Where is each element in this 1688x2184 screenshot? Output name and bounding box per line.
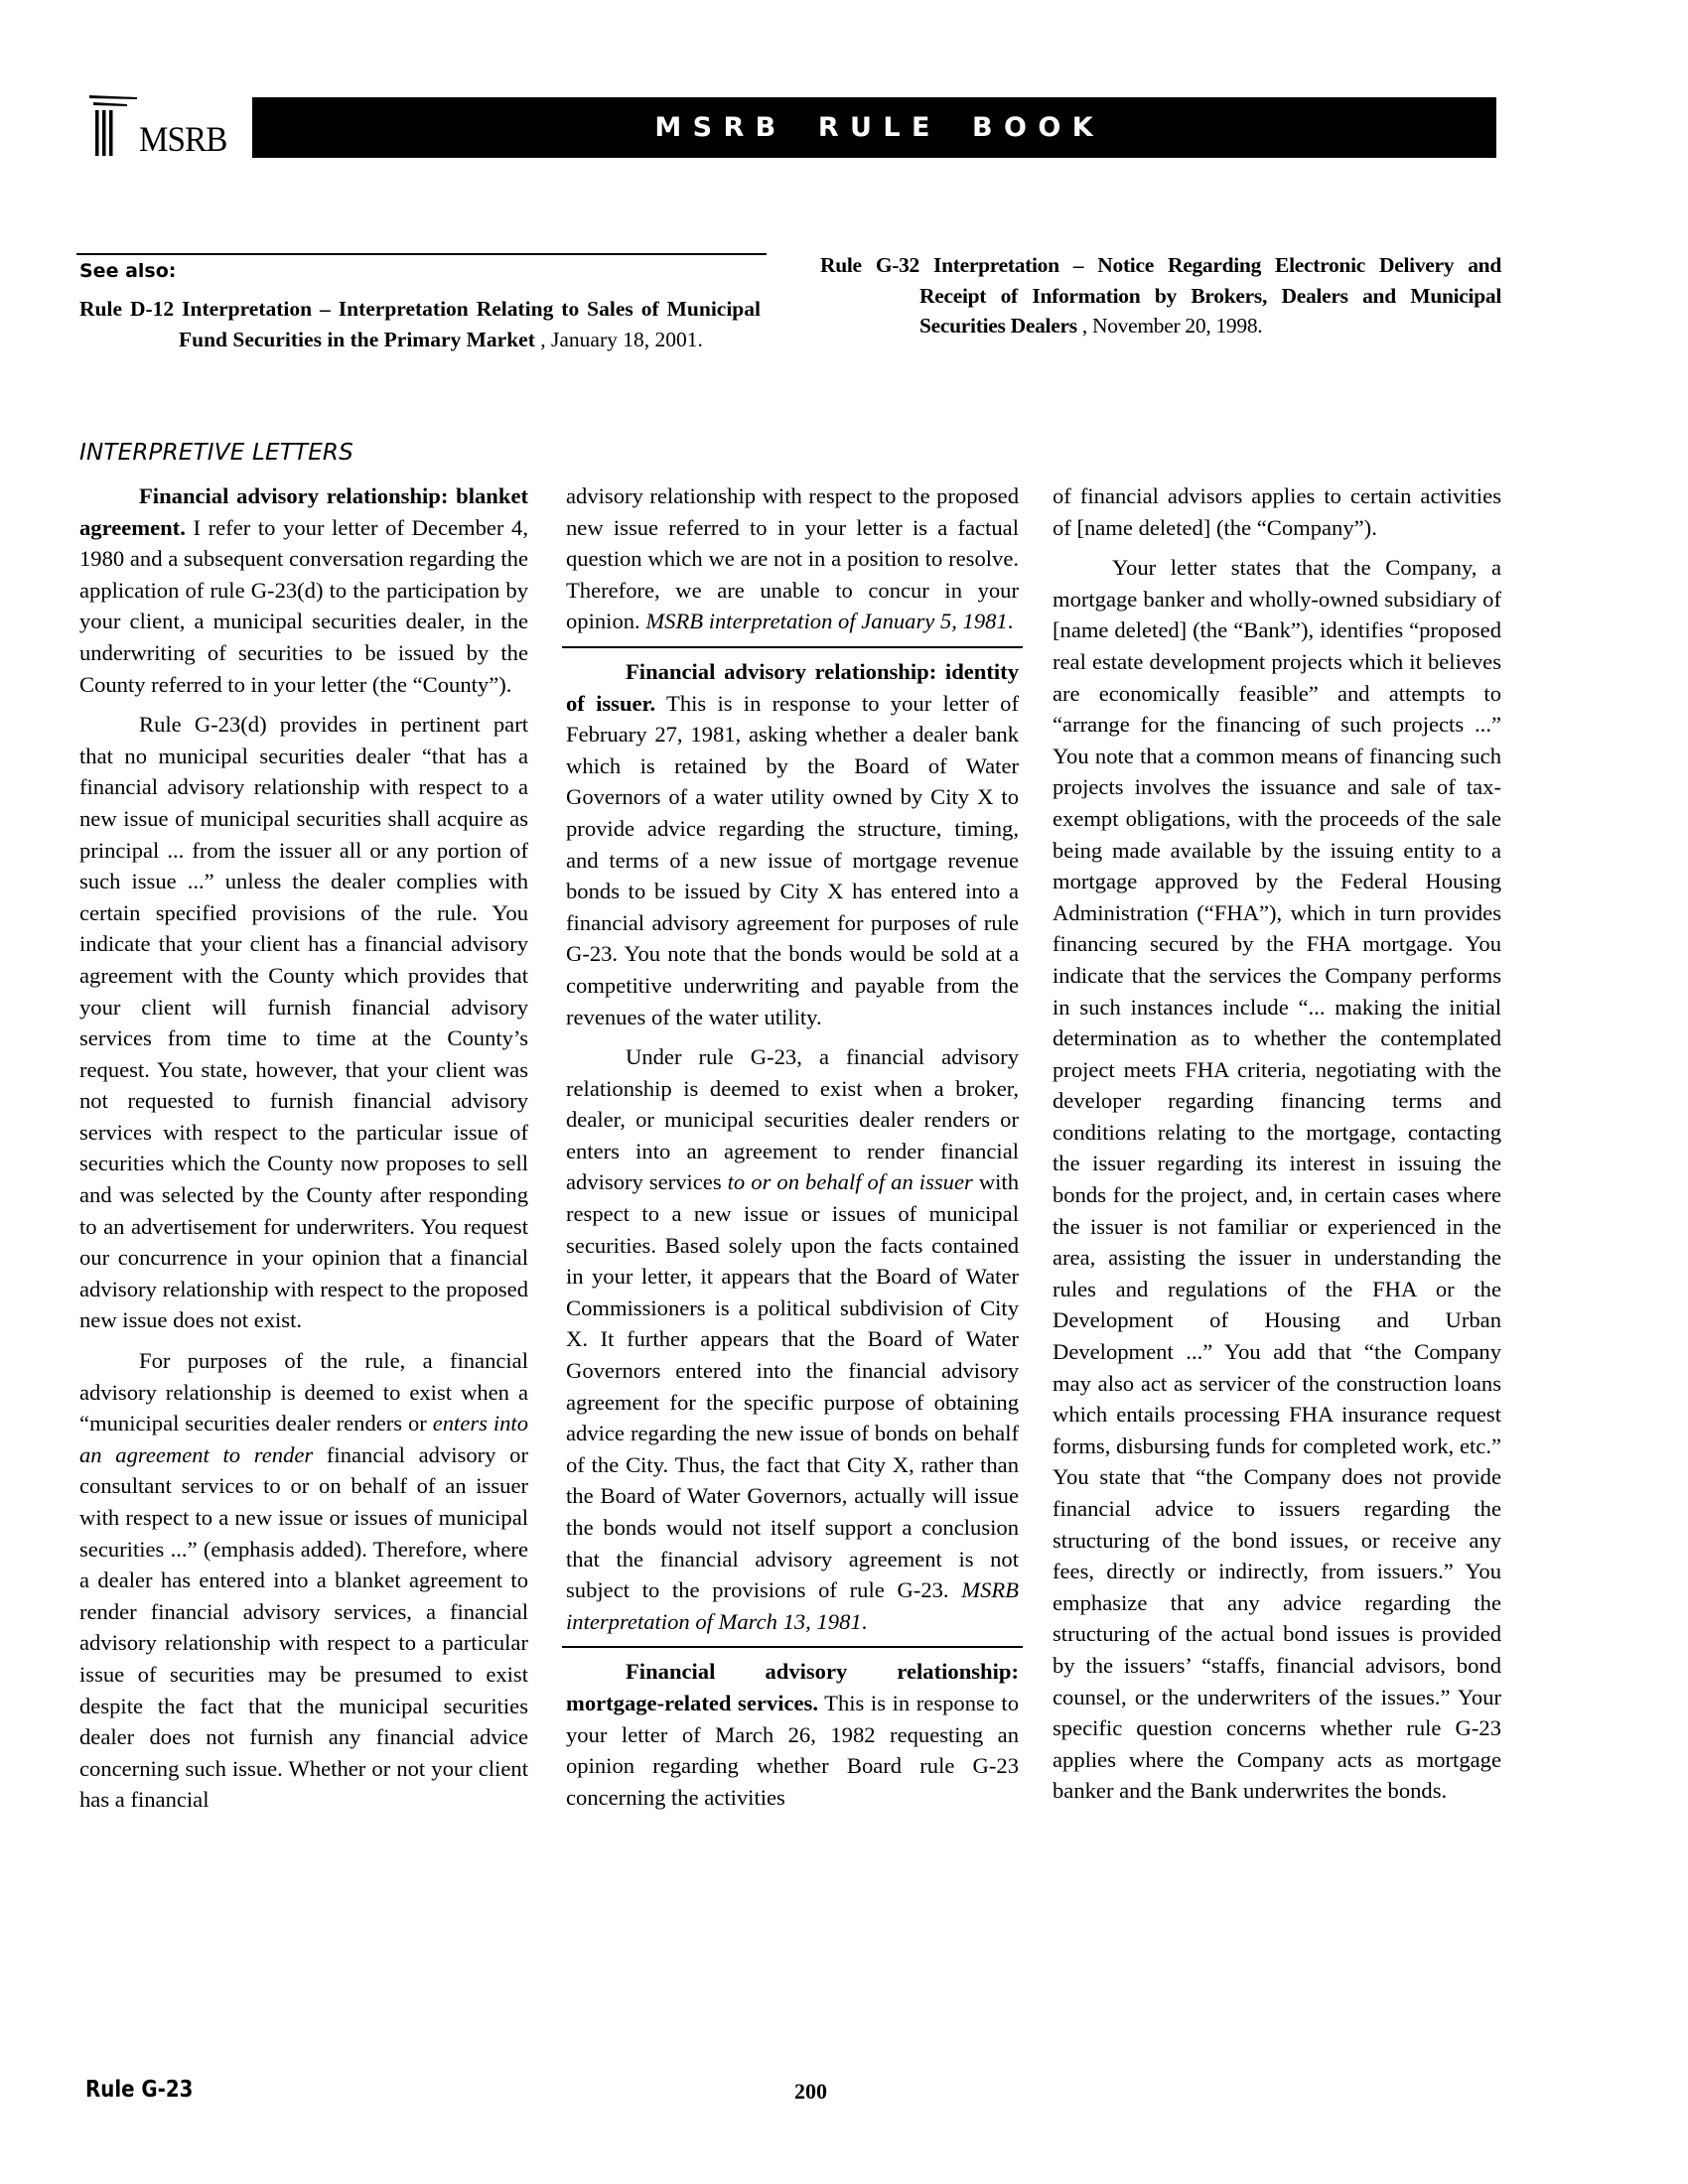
letter-divider <box>562 1646 1023 1648</box>
text-column-2: advisory relationship with respect to th… <box>566 480 1019 1822</box>
paragraph: advisory relationship with respect to th… <box>566 480 1019 637</box>
column-pillar-icon <box>87 93 139 157</box>
logo-text: MSRB <box>139 119 226 159</box>
paragraph: Financial advisory relationship: mortgag… <box>566 1656 1019 1813</box>
reference-date: , January 18, 2001. <box>535 328 703 351</box>
see-also-label: See also: <box>79 260 176 282</box>
see-also-reference[interactable]: Rule D-12 Interpretation – Interpretatio… <box>79 294 761 354</box>
footer-rule-label: Rule G-23 <box>85 2077 193 2103</box>
paragraph: Financial advisory relationship: blanket… <box>79 480 528 700</box>
section-heading: INTERPRETIVE LETTERS <box>79 440 353 466</box>
text-column-1: Financial advisory relationship: blanket… <box>79 480 528 1825</box>
reference-date: , November 20, 1998. <box>1077 314 1263 338</box>
msrb-logo: MSRB <box>87 93 236 159</box>
paragraph: Your letter states that the Company, a m… <box>1053 552 1501 1807</box>
rule-book-title-bar: M S R B R U L E B O O K <box>252 97 1496 158</box>
emphasis: to or on behalf of an issuer <box>728 1169 973 1194</box>
see-also-reference[interactable]: Rule G-32 Interpretation – Notice Regard… <box>820 250 1501 341</box>
text-column-3: of financial advisors applies to certain… <box>1053 480 1501 1816</box>
paragraph: For purposes of the rule, a financial ad… <box>79 1345 528 1816</box>
page-title: M S R B R U L E B O O K <box>654 112 1093 143</box>
paragraph: Under rule G-23, a financial advisory re… <box>566 1041 1019 1637</box>
citation: MSRB interpretation of January 5, 1981 <box>645 609 1007 633</box>
paragraph: Rule G-23(d) provides in pertinent part … <box>79 709 528 1336</box>
letter-divider <box>562 646 1023 648</box>
see-also-rule <box>76 253 767 255</box>
paragraph: of financial advisors applies to certain… <box>1053 480 1501 543</box>
paragraph: Financial advisory relationship: identit… <box>566 656 1019 1032</box>
page-number: 200 <box>794 2079 827 2105</box>
